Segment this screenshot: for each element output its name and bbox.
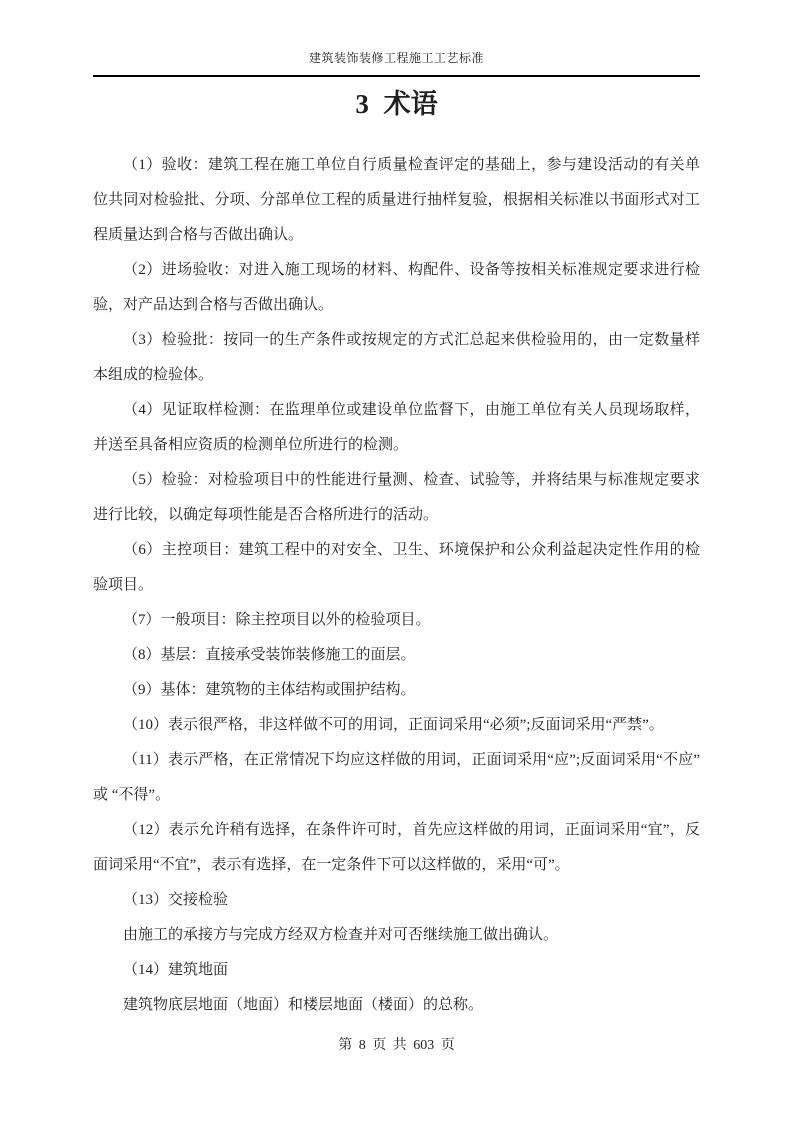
paragraph: （7）一般项目：除主控项目以外的检验项目。 — [93, 603, 700, 638]
document-body: （1）验收：建筑工程在施工单位自行质量检查评定的基础上，参与建设活动的有关单位共… — [93, 148, 700, 1023]
paragraph: （2）进场验收：对进入施工现场的材料、构配件、设备等按相关标准规定要求进行检验，… — [93, 253, 700, 323]
paragraph: （9）基体：建筑物的主体结构或围护结构。 — [93, 673, 700, 708]
paragraph: （12）表示允许稍有选择，在条件许可时，首先应这样做的用词，正面词采用“宜”，反… — [93, 813, 700, 883]
paragraph: （4）见证取样检测：在监理单位或建设单位监督下，由施工单位有关人员现场取样，并送… — [93, 393, 700, 463]
section-title-text: 术语 — [384, 89, 438, 119]
paragraph: （3）检验批：按同一的生产条件或按规定的方式汇总起来供检验用的，由一定数量样本组… — [93, 323, 700, 393]
section-number: 3 — [355, 89, 369, 119]
paragraph: 由施工的承接方与完成方经双方检查并对可否继续施工做出确认。 — [93, 918, 700, 953]
paragraph: （14）建筑地面 — [93, 953, 700, 988]
paragraph: （6）主控项目：建筑工程中的对安全、卫生、环境保护和公众利益起决定性作用的检验项… — [93, 533, 700, 603]
page-number-text: 第 8 页 共 603 页 — [338, 1038, 455, 1053]
header-title: 建筑装饰装修工程施工工艺标准 — [309, 51, 484, 65]
page-header: 建筑装饰装修工程施工工艺标准 — [93, 48, 700, 77]
paragraph: （11）表示严格，在正常情况下均应这样做的用词，正面词采用“应”;反面词采用“不… — [93, 743, 700, 813]
paragraph: 建筑物底层地面（地面）和楼层地面（楼面）的总称。 — [93, 988, 700, 1023]
paragraph: （13）交接检验 — [93, 883, 700, 918]
page-footer: 第 8 页 共 603 页 — [0, 1036, 793, 1056]
paragraph: （1）验收：建筑工程在施工单位自行质量检查评定的基础上，参与建设活动的有关单位共… — [93, 148, 700, 253]
section-title: 3术语 — [93, 87, 700, 121]
paragraph: （5）检验：对检验项目中的性能进行量测、检查、试验等，并将结果与标准规定要求进行… — [93, 463, 700, 533]
document-page: 建筑装饰装修工程施工工艺标准 3术语 （1）验收：建筑工程在施工单位自行质量检查… — [0, 0, 793, 1122]
paragraph: （10）表示很严格，非这样做不可的用词，正面词采用“必须”;反面词采用“严禁”。 — [93, 708, 700, 743]
paragraph: （8）基层：直接承受装饰装修施工的面层。 — [93, 638, 700, 673]
